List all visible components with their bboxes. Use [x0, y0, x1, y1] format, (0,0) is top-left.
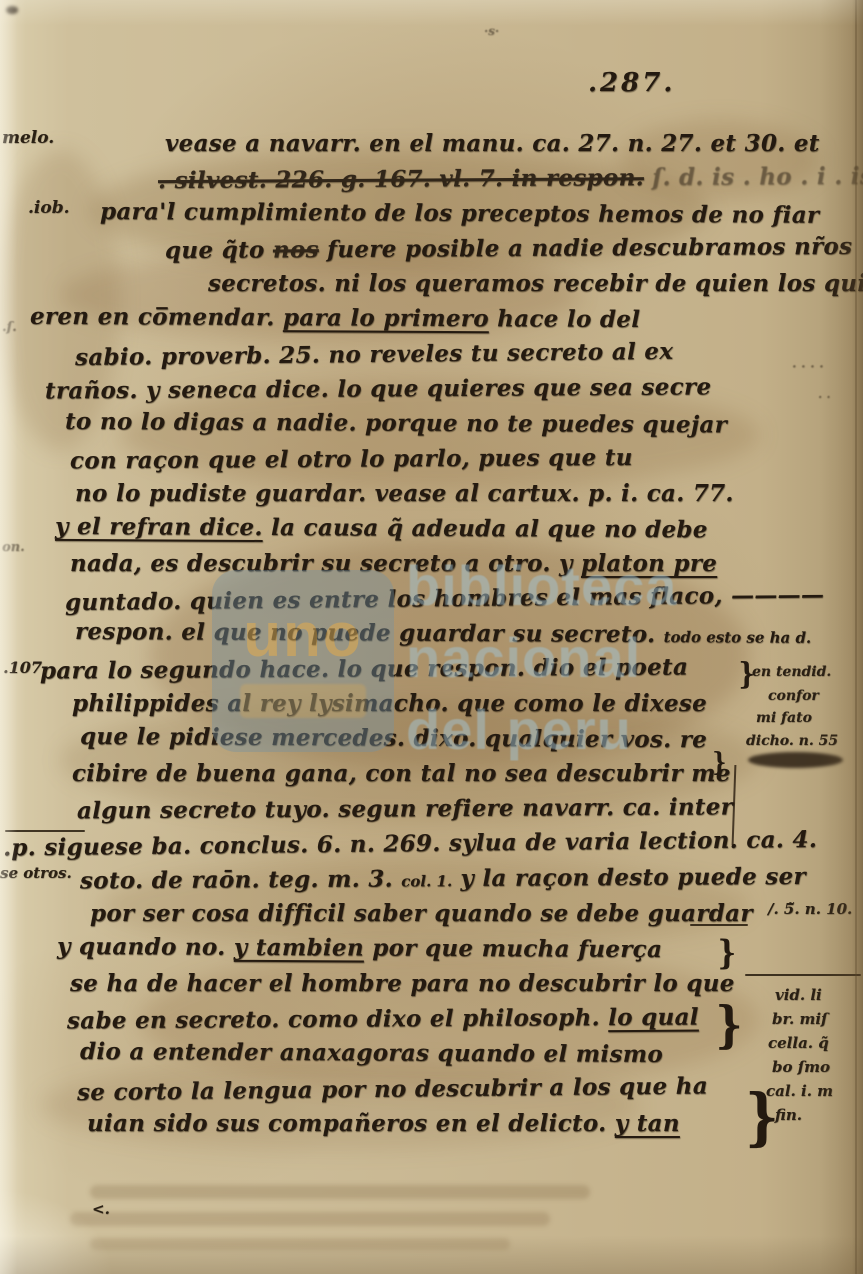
- manuscript-line: se corto la lengua por no descubrir a lo…: [77, 1067, 859, 1110]
- margin-note: .107.: [3, 658, 48, 677]
- line-text: para lo segundo hace. lo que respon. dio…: [40, 654, 688, 685]
- page-edge-line: [855, 0, 857, 1274]
- margin-note: · ·: [818, 390, 831, 404]
- folio-number: .287.: [588, 68, 675, 98]
- manuscript-line: para'l cumplimiento de los preceptos hem…: [100, 194, 859, 233]
- margin-note: se otros.: [0, 864, 72, 882]
- line-text: uian sido sus compañeros en el delicto.: [87, 1110, 615, 1137]
- margin-note: br. miſ: [772, 1010, 827, 1028]
- margin-note: ·s·: [484, 24, 499, 38]
- line-text: .p. siguese ba. conclus. 6. n. 269. sylu…: [3, 826, 817, 862]
- line-text: traños. y seneca dice. lo que quieres qu…: [45, 373, 712, 404]
- manuscript-line: respon. el que no puede guardar su secre…: [75, 614, 859, 653]
- line-text: y quando no.: [57, 933, 234, 961]
- manuscript-line: uian sido sus compañeros en el delicto. …: [87, 1106, 859, 1141]
- line-text: col. 1.: [401, 872, 452, 890]
- line-text: to no lo digas a nadie. porque no te pue…: [65, 408, 727, 438]
- line-text: y el refran dice.: [55, 513, 263, 541]
- line-text: . silvest. 226. g. 167. vl. 7. in respon…: [158, 164, 644, 194]
- manuscript-line: . silvest. 226. g. 167. vl. 7. in respon…: [158, 159, 859, 198]
- line-text: hace lo del: [489, 305, 641, 333]
- margin-note: on.: [2, 540, 25, 555]
- margin-note: bo ſmo: [772, 1058, 830, 1076]
- ink-blot: [6, 6, 18, 14]
- margin-note: melo.: [2, 128, 54, 148]
- line-text: no lo pudiste guardar. vease al cartux. …: [75, 480, 734, 507]
- margin-note: · · · ·: [792, 360, 824, 375]
- margin-note: .iob.: [28, 198, 70, 218]
- line-text: ſ. d. is . ho . i . is: [644, 163, 863, 191]
- margin-note: <.: [92, 1200, 110, 1218]
- margin-note: fin.: [775, 1106, 802, 1124]
- margin-note: vid. li: [775, 986, 822, 1004]
- brace-mark: }: [712, 750, 726, 776]
- manuscript-line: nada, es descubrir su secreto a otro. y …: [70, 546, 859, 581]
- manuscript-line: to no lo digas a nadie. porque no te pue…: [65, 404, 859, 443]
- line-text: con raçon que el otro lo parlo, pues que…: [70, 444, 633, 474]
- margin-note: cella. q̃: [768, 1034, 829, 1052]
- manuscript-line: vease a navarr. en el manu. ca. 27. n. 2…: [165, 126, 859, 161]
- manuscript-line: traños. y seneca dice. lo que quieres qu…: [45, 369, 859, 409]
- line-text: nada, es descubrir su secreto a otro. y: [70, 550, 581, 577]
- line-text: y tan: [615, 1110, 680, 1137]
- manuscript-line: y quando no. y tambien por que mucha fue…: [57, 929, 859, 968]
- line-text: sabio. proverb. 25. no reveles tu secret…: [75, 338, 674, 371]
- brace-mark: }: [715, 1000, 742, 1050]
- line-text: cibire de buena gana, con tal no sea des…: [72, 760, 731, 787]
- line-text: soto. de raōn. teg. m. 3.: [80, 865, 401, 894]
- brace-mark: }: [745, 1086, 779, 1148]
- ink-rule: [5, 830, 85, 832]
- line-text: que le pidiese mercedes. dixo. qualquier…: [80, 723, 707, 753]
- line-text: guntado. quien es entre los hombres el m…: [65, 581, 824, 616]
- line-text: lo qual: [608, 1004, 699, 1032]
- margin-note: dicho. n. 55: [746, 733, 838, 749]
- line-text: por ser cosa difficil saber quando se de…: [90, 900, 753, 927]
- manuscript-line: secretos. ni los queramos recebir de qui…: [208, 266, 859, 301]
- line-text: la causa q̃ adeuda al que no debe: [263, 514, 708, 543]
- manuscript-line: no lo pudiste guardar. vease al cartux. …: [75, 476, 859, 511]
- line-text: vease a navarr. en el manu. ca. 27. n. 2…: [165, 130, 820, 157]
- manuscript-line: y el refran dice. la causa q̃ adeuda al …: [55, 509, 859, 548]
- line-text: que q̃to: [165, 236, 273, 264]
- line-text: fuere posible a nadie descubramos nr̃os: [319, 233, 853, 263]
- ink-rule: [690, 924, 748, 926]
- line-text: dio a entender anaxagoras quando el mism…: [80, 1038, 663, 1068]
- line-text: por que mucha fuerça: [364, 935, 662, 964]
- manuscript-line: soto. de raōn. teg. m. 3. col. 1. y la r…: [80, 859, 859, 899]
- ink-blot: [748, 752, 843, 768]
- line-text: respon. el que no puede guardar su secre…: [75, 618, 664, 648]
- margin-note: confor: [768, 688, 819, 704]
- line-text: se corto la lengua por no descubrir a lo…: [77, 1072, 708, 1106]
- manuscript-page: .287. vease a navarr. en el manu. ca. 27…: [0, 0, 863, 1274]
- bleed-through: [90, 1238, 510, 1250]
- line-text: y tambien: [234, 934, 364, 962]
- bleed-through: [70, 1212, 550, 1226]
- line-text: platon pre: [581, 550, 717, 577]
- manuscript-text-block: vease a navarr. en el manu. ca. 27. n. 2…: [130, 126, 859, 1141]
- line-text: se ha de hacer el hombre para no descubr…: [70, 970, 735, 997]
- line-text: secretos. ni los queramos recebir de qui…: [208, 270, 863, 297]
- manuscript-line: que q̃to nos fuere posible a nadie descu…: [165, 229, 859, 268]
- line-text: todo esto se ha d.: [664, 628, 812, 647]
- margin-note: .ſ.: [2, 320, 17, 335]
- manuscript-line: con raçon que el otro lo parlo, pues que…: [70, 439, 859, 479]
- line-text: algun secreto tuyo. segun refiere navarr…: [77, 793, 733, 824]
- bleed-through: [90, 1185, 590, 1199]
- margin-note: en tendid.: [752, 664, 831, 680]
- brace-mark: }: [718, 936, 737, 970]
- line-text: sabe en secreto. como dixo el philosoph.: [67, 1004, 608, 1034]
- line-text: y la raçon desto puede ser: [452, 863, 806, 892]
- manuscript-line: para lo segundo hace. lo que respon. dio…: [40, 648, 859, 688]
- ink-rule: [745, 974, 861, 976]
- line-text: nos: [273, 236, 319, 263]
- line-text: eren en co̅mendar.: [30, 303, 283, 331]
- line-text: philippides al rey lysimacho. que como l…: [72, 690, 707, 717]
- line-text: para lo primero: [283, 304, 489, 332]
- brace-mark: }: [738, 660, 754, 690]
- manuscript-line: que le pidiese mercedes. dixo. qualquier…: [80, 719, 859, 758]
- manuscript-line: cibire de buena gana, con tal no sea des…: [72, 756, 859, 791]
- margin-note: mi fato: [756, 710, 812, 726]
- line-text: para'l cumplimiento de los preceptos hem…: [100, 198, 820, 229]
- margin-note: /. 5̃. n. 10.: [768, 900, 852, 918]
